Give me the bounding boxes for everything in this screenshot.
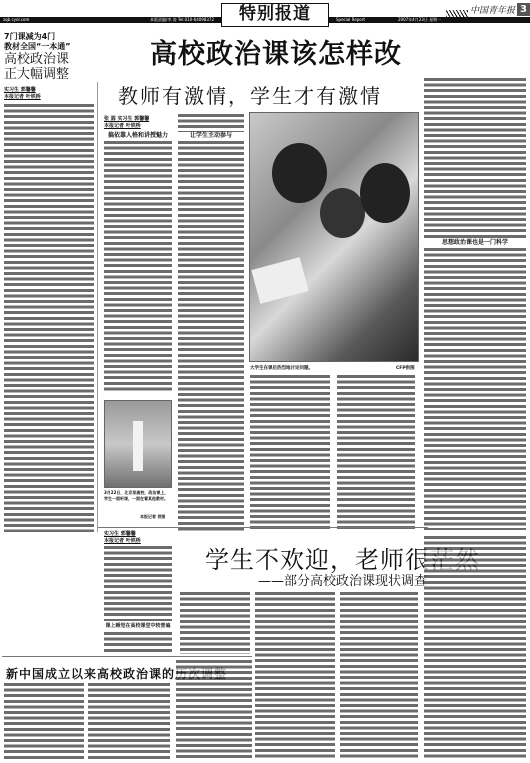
second-subheadline: ——部分高校政治课现状调查 (258, 570, 427, 589)
sidebar-byline: 实习生 郭馨馨 本报记者 叶铁桥 (4, 87, 41, 101)
masthead-logo: 中国青年报 (470, 3, 515, 16)
kicker-line: 教材全国“一本通” (4, 42, 71, 52)
photo2-caption: 3月22日，北京某高校，政治课上，学生一面听课，一面在看其他教材。 (104, 490, 172, 501)
lead-headline: 高校政治课该怎样改 (150, 32, 402, 71)
kicker-line: 7门课减为4门 (4, 32, 71, 42)
section-divider (98, 527, 428, 528)
statue-figure (133, 421, 143, 471)
history-body-col1 (4, 683, 84, 761)
photo-person (272, 143, 327, 203)
title-line: 高校政治课 (4, 52, 69, 67)
second-subhead: 课上睡觉在高校课堂中较普遍 (104, 622, 172, 631)
lead-subheadline: 教师有激情，学生才有激情 (118, 80, 382, 109)
section-label: 特别报道 (221, 3, 329, 27)
lead-body-col4 (337, 375, 415, 530)
lead-subhead: 搞依靠人格和讲授魅力 (104, 131, 172, 140)
section-en: Special Report (336, 17, 365, 23)
lead-body-col1 (104, 141, 172, 391)
lead-body-col2 (178, 141, 244, 531)
photo-caption: 大学生在课后热烈地讨论问题。 (250, 366, 313, 372)
second-body-col2 (180, 592, 250, 654)
title-line: 正大幅调整 (4, 67, 69, 82)
sidebar-kicker: 7门课减为4门 教材全国“一本通” (4, 32, 71, 52)
second-body-col5 (424, 536, 526, 760)
lead-subhead: 思想政治课也是一门科学 (424, 238, 526, 247)
second-body-col1 (104, 546, 172, 621)
sidebar-title: 高校政治课 正大幅调整 (4, 52, 69, 82)
history-body-col2 (88, 683, 170, 761)
second-byline: 实习生 郭馨馨 本报记者 叶铁桥 (104, 531, 141, 545)
column-divider (97, 82, 98, 532)
lead-body-col2-top (178, 114, 244, 132)
photo-credit: CFP供图 (396, 366, 415, 372)
hatch-decoration (446, 10, 468, 17)
lead-photo (249, 112, 419, 362)
second-body-col4 (340, 592, 418, 760)
lead-subhead: 让学生主动参与 (178, 131, 244, 140)
history-divider (2, 656, 252, 657)
header-info: 本版责编/李 涛 Tel:010-64098372 (150, 17, 214, 23)
photo2-credit: 本报记者 供图 (140, 514, 165, 520)
sidebar-body-text (4, 104, 94, 532)
statue-photo (104, 400, 172, 488)
lead-byline: 张 圆 实习生 郭馨馨 本报记者 叶铁桥 (104, 116, 149, 130)
second-body-col1b (104, 632, 172, 654)
header-date: 2007年4月23日 星期一 (398, 17, 441, 23)
lead-body-col5 (424, 78, 526, 238)
photo-book (251, 257, 308, 304)
header-url: zqb.cyol.com (3, 17, 29, 23)
lead-body-col5b (424, 248, 526, 530)
history-body-col3 (176, 660, 252, 760)
lead-body-col3 (250, 375, 330, 530)
photo-person (320, 188, 365, 238)
page-number: 3 (517, 3, 530, 16)
photo-person (360, 163, 410, 223)
second-body-col3 (255, 592, 335, 760)
